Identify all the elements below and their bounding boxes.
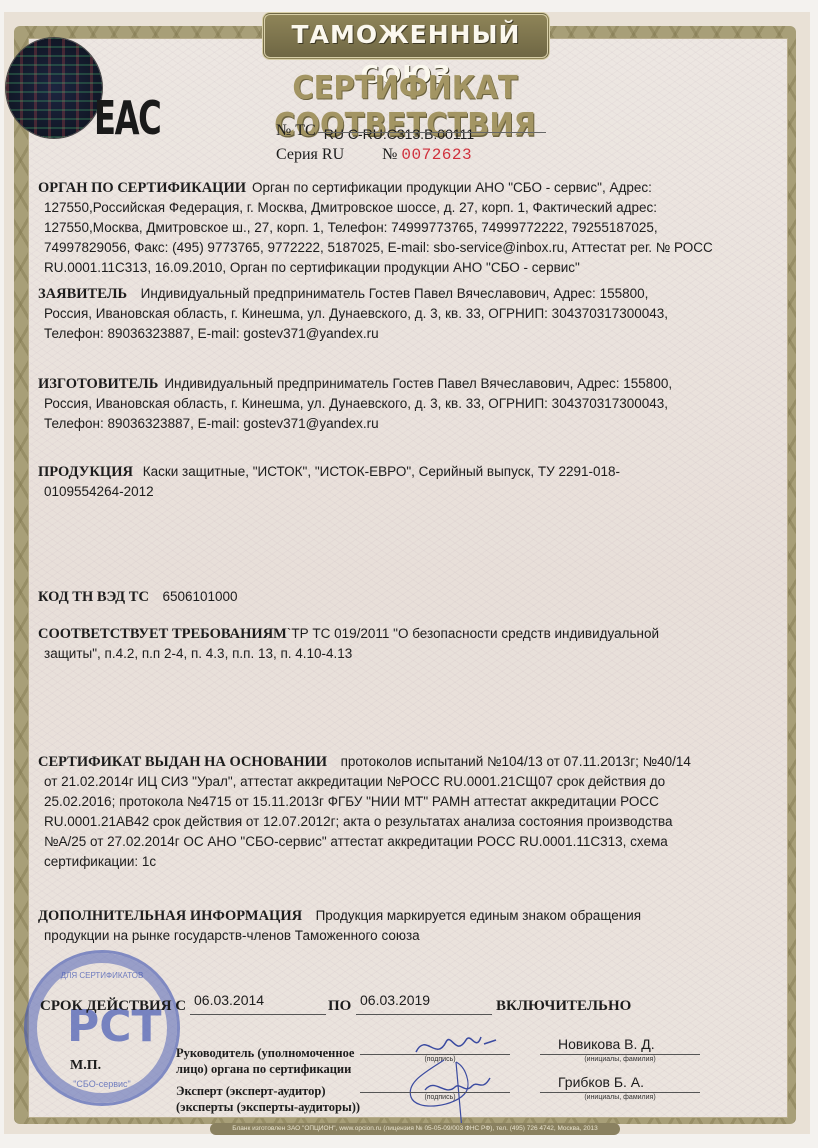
tc-number-value: RU C-RU.C313.B.00111: [324, 126, 474, 142]
expert-label-line: (эксперты (эксперты-аудиторы)): [176, 1099, 360, 1115]
head-name-caption: (инициалы, фамилия): [570, 1056, 670, 1063]
section-text: протоколов испытаний №104/13 от 07.11.20…: [341, 754, 691, 769]
series-number: Серия RU № 0072623: [276, 146, 472, 164]
valid-from-underline: [190, 1014, 326, 1015]
head-label-line: лицо) органа по сертификации: [176, 1061, 354, 1077]
section-line: Телефон: 89036323887, E-mail: gostev371@…: [38, 414, 778, 434]
tc-number-label: № ТС: [276, 122, 316, 139]
section-manufacturer: ИЗГОТОВИТЕЛЬИндивидуальный предпринимате…: [38, 374, 778, 434]
customs-union-banner: ТАМОЖЕННЫЙ СОЮЗ: [262, 12, 550, 60]
section-label: КОД ТН ВЭД ТС: [38, 589, 149, 605]
official-stamp: ДЛЯ СЕРТИФИКАТОВ РСТ "СБО-сервис": [24, 950, 180, 1106]
section-line: 127550,Российская Федерация, г. Москва, …: [38, 198, 778, 218]
series-value: RU: [322, 146, 344, 163]
section-line: 0109554264-2012: [38, 482, 778, 502]
section-text: Продукция маркируется единым знаком обра…: [316, 908, 642, 923]
section-label: СЕРТИФИКАТ ВЫДАН НА ОСНОВАНИИ: [38, 754, 327, 770]
valid-from-date: 06.03.2014: [194, 992, 264, 1008]
expert-name-caption: (инициалы, фамилия): [570, 1094, 670, 1101]
valid-to-underline: [356, 1014, 492, 1015]
section-label: СООТВЕТСТВУЕТ ТРЕБОВАНИЯМ: [38, 626, 287, 642]
section-tn-ved-code: КОД ТН ВЭД ТС 6506101000: [38, 587, 778, 607]
section-conforms-to: СООТВЕТСТВУЕТ ТРЕБОВАНИЯМ`ТР ТС 019/2011…: [38, 624, 778, 664]
section-line: RU.0001.11С313, 16.09.2010, Орган по сер…: [38, 258, 778, 278]
head-name: Новикова В. Д.: [558, 1036, 655, 1052]
section-label: ПРОДУКЦИЯ: [38, 464, 133, 480]
expert-label-line: Эксперт (эксперт-аудитор): [176, 1083, 360, 1099]
section-line: Телефон: 89036323887, E-mail: gostev371@…: [38, 324, 778, 344]
head-name-line: [540, 1054, 700, 1055]
head-label-line: Руководитель (уполномоченное: [176, 1045, 354, 1061]
expert-name-line: [540, 1092, 700, 1093]
head-label: Руководитель (уполномоченное лицо) орган…: [176, 1045, 354, 1077]
section-line: продукции на рынке государств-членов Там…: [38, 926, 778, 946]
section-certification-body: ОРГАН ПО СЕРТИФИКАЦИИОрган по сертификац…: [38, 178, 778, 278]
section-label: ЗАЯВИТЕЛЬ: [38, 286, 127, 302]
eac-logo-icon: EAC: [94, 95, 160, 141]
section-line: сертификации: 1с: [38, 852, 778, 872]
section-label: ИЗГОТОВИТЕЛЬ: [38, 376, 158, 392]
section-line: RU.0001.21АВ42 срок действия от 12.07.20…: [38, 812, 778, 832]
section-line: №А/25 от 27.02.2014г ОС АНО "СБО-сервис"…: [38, 832, 778, 852]
section-text: Каски защитные, "ИСТОК", "ИСТОК-ЕВРО", С…: [143, 464, 620, 479]
hologram-icon: [6, 38, 102, 138]
section-text: Орган по сертификации продукции АНО "СБО…: [252, 180, 652, 195]
expert-label: Эксперт (эксперт-аудитор) (эксперты (экс…: [176, 1083, 360, 1115]
stamp-bottom-text: "СБО-сервис": [27, 1079, 177, 1089]
section-additional-info: ДОПОЛНИТЕЛЬНАЯ ИНФОРМАЦИЯ Продукция марк…: [38, 906, 778, 946]
section-text: `ТР ТС 019/2011 "О безопасности средств …: [287, 626, 659, 641]
section-line: Россия, Ивановская область, г. Кинешма, …: [38, 304, 778, 324]
serial-label: №: [382, 146, 397, 163]
inclusive-label: ВКЛЮЧИТЕЛЬНО: [496, 998, 631, 1015]
section-line: 127550,Москва, Дмитровское ш., 27, корп.…: [38, 218, 778, 238]
printer-footer: Бланк изготовлен ЗАО "ОПЦИОН", www.opcio…: [210, 1123, 620, 1135]
section-line: 25.02.2016; протокола №4715 от 15.11.201…: [38, 792, 778, 812]
section-text: Индивидуальный предприниматель Гостев Па…: [164, 376, 672, 391]
section-applicant: ЗАЯВИТЕЛЬ Индивидуальный предприниматель…: [38, 284, 778, 344]
section-label: ДОПОЛНИТЕЛЬНАЯ ИНФОРМАЦИЯ: [38, 908, 302, 924]
section-product: ПРОДУКЦИЯ Каски защитные, "ИСТОК", "ИСТО…: [38, 462, 778, 502]
section-issued-basis: СЕРТИФИКАТ ВЫДАН НА ОСНОВАНИИ протоколов…: [38, 752, 778, 872]
valid-from-label: СРОК ДЕЙСТВИЯ С: [40, 998, 186, 1015]
valid-to-date: 06.03.2019: [360, 992, 430, 1008]
tc-number: № ТС RU C-RU.C313.B.00111: [276, 122, 474, 140]
section-line: от 21.02.2014г ИЦ СИЗ "Урал", аттестат а…: [38, 772, 778, 792]
validity-period: СРОК ДЕЙСТВИЯ С 06.03.2014 ПО 06.03.2019…: [40, 998, 680, 1020]
stamp-ring-text: ДЛЯ СЕРТИФИКАТОВ: [27, 971, 177, 980]
series-label: Серия: [276, 146, 318, 163]
stamp-place-label: М.П.: [70, 1058, 101, 1074]
tn-ved-code-value: 6506101000: [162, 589, 237, 604]
tc-number-underline: [318, 132, 546, 133]
section-line: защиты", п.4.2, п.п 2-4, п. 4.3, п.п. 13…: [38, 644, 778, 664]
section-text: Индивидуальный предприниматель Гостев Па…: [141, 286, 649, 301]
serial-number: 0072623: [401, 146, 472, 164]
valid-to-label: ПО: [328, 998, 351, 1015]
expert-name: Грибков Б. А.: [558, 1074, 644, 1090]
expert-signature-icon: [420, 1072, 500, 1102]
section-line: 74997829056, Факс: (495) 9773765, 977222…: [38, 238, 778, 258]
section-line: Россия, Ивановская область, г. Кинешма, …: [38, 394, 778, 414]
section-label: ОРГАН ПО СЕРТИФИКАЦИИ: [38, 180, 246, 196]
